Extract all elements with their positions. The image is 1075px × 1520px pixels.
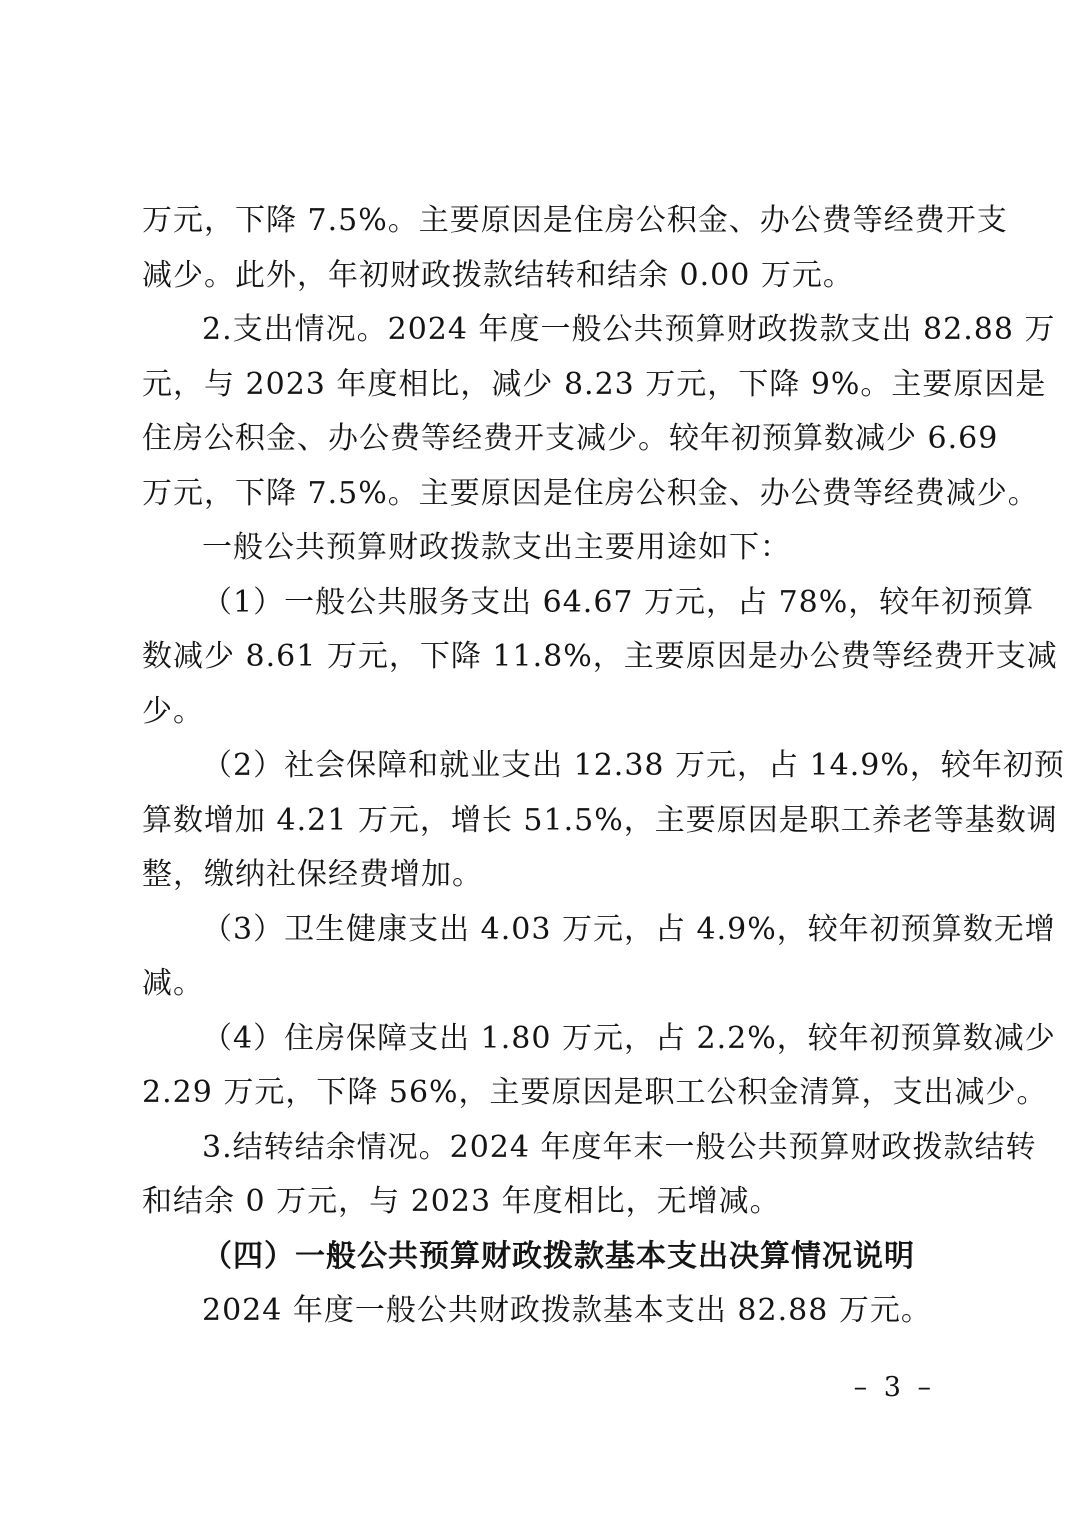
- document-page: 万元，下降 7.5%。主要原因是住房公积金、办公费等经费开支 减少。此外，年初财…: [0, 0, 1075, 1520]
- paragraph-start-line: 2024 年度一般公共财政拨款基本支出 82.88 万元。: [142, 1284, 942, 1339]
- body-line: 万元，下降 7.5%。主要原因是住房公积金、办公费等经费减少。: [142, 467, 942, 522]
- list-item-2-line: （2）社会保障和就业支出 12.38 万元，占 14.9%，较年初预: [142, 739, 942, 794]
- list-item-3-line: （3）卫生健康支出 4.03 万元，占 4.9%，较年初预算数无增: [142, 903, 942, 958]
- body-line: 整，缴纳社保经费增加。: [142, 848, 942, 903]
- document-body: 万元，下降 7.5%。主要原因是住房公积金、办公费等经费开支 减少。此外，年初财…: [142, 194, 942, 1339]
- section-heading: （四）一般公共预算财政拨款基本支出决算情况说明: [142, 1230, 942, 1285]
- body-line: 万元，下降 7.5%。主要原因是住房公积金、办公费等经费开支: [142, 194, 942, 249]
- body-line: 元，与 2023 年度相比，减少 8.23 万元，下降 9%。主要原因是: [142, 358, 942, 413]
- paragraph-start-line: 一般公共预算财政拨款支出主要用途如下：: [142, 521, 942, 576]
- body-line: 和结余 0 万元，与 2023 年度相比，无增减。: [142, 1175, 942, 1230]
- page-number: – 3 –: [854, 1372, 935, 1403]
- body-line: 住房公积金、办公费等经费开支减少。较年初预算数减少 6.69: [142, 412, 942, 467]
- body-line: 2.29 万元，下降 56%，主要原因是职工公积金清算，支出减少。: [142, 1066, 942, 1121]
- list-item-1-line: （1）一般公共服务支出 64.67 万元，占 78%，较年初预算: [142, 576, 942, 631]
- paragraph-start-line: 2.支出情况。2024 年度一般公共预算财政拨款支出 82.88 万: [142, 303, 942, 358]
- paragraph-start-line: 3.结转结余情况。2024 年度年末一般公共预算财政拨款结转: [142, 1121, 942, 1176]
- body-line: 减。: [142, 957, 942, 1012]
- body-line: 算数增加 4.21 万元，增长 51.5%，主要原因是职工养老等基数调: [142, 794, 942, 849]
- list-item-4-line: （4）住房保障支出 1.80 万元，占 2.2%，较年初预算数减少: [142, 1012, 942, 1067]
- body-line: 减少。此外，年初财政拨款结转和结余 0.00 万元。: [142, 249, 942, 304]
- body-line: 少。: [142, 685, 942, 740]
- body-line: 数减少 8.61 万元，下降 11.8%，主要原因是办公费等经费开支减: [142, 630, 942, 685]
